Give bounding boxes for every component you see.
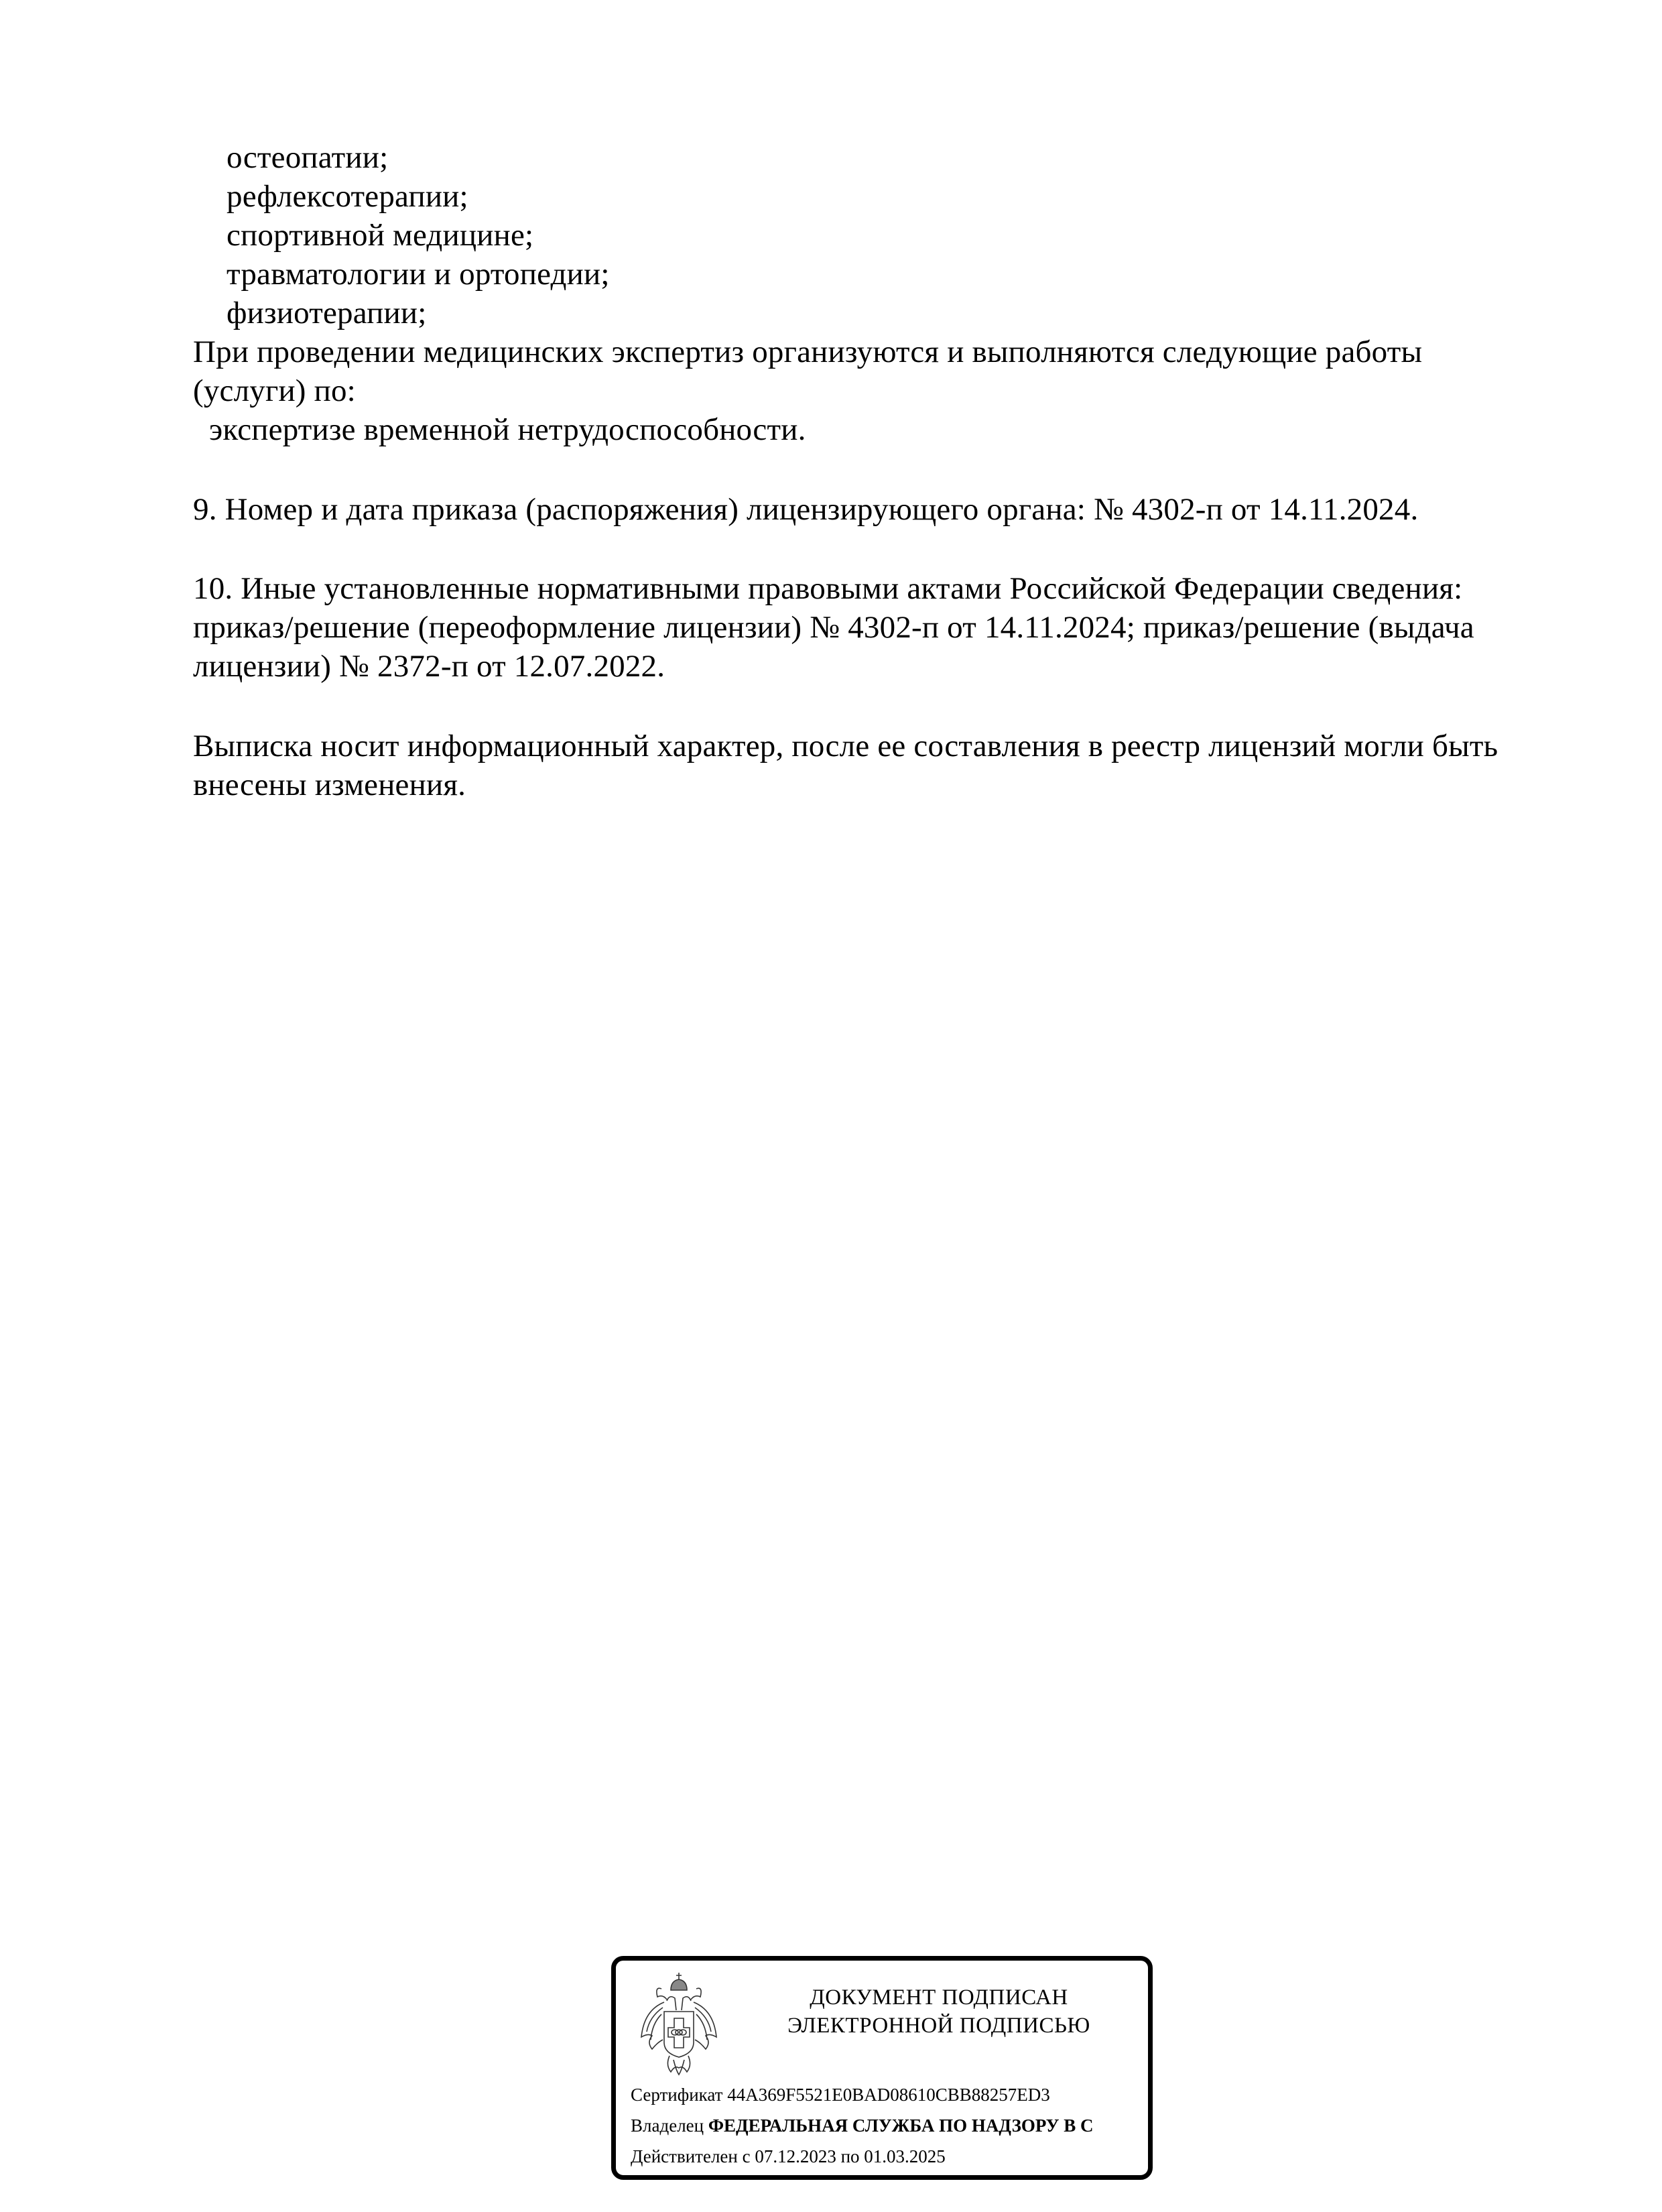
document-page: остеопатии; рефлексотерапии; спортивной … [0, 0, 1662, 2212]
list-item: рефлексотерапии; [227, 176, 468, 217]
expertise-item: экспертизе временной нетрудоспособности. [209, 410, 806, 450]
owner-line: Владелец ФЕДЕРАЛЬНАЯ СЛУЖБА ПО НАДЗОРУ В… [631, 2113, 1094, 2138]
owner-label: Владелец [631, 2115, 704, 2136]
section-10-heading: 10. Иные установленные нормативными прав… [193, 568, 1462, 609]
stamp-title: ДОКУМЕНТ ПОДПИСАН [730, 1983, 1148, 2012]
validity-line: Действителен с 07.12.2023 по 01.03.2025 [631, 2144, 946, 2168]
coat-of-arms-emblem-icon [632, 1970, 726, 2077]
section-10-text-cont: лицензии) № 2372-п от 12.07.2022. [193, 646, 665, 686]
list-item: остеопатии; [227, 137, 388, 178]
certificate-line: Сертификат 44A369F5521E0BAD08610CBB88257… [631, 2083, 1050, 2107]
list-item: травматологии и ортопедии; [227, 254, 610, 294]
section-9-order-number: 9. Номер и дата приказа (распоряжения) л… [193, 489, 1418, 530]
section-10-text: приказ/решение (переоформление лицензии)… [193, 607, 1474, 648]
list-item: спортивной медицине; [227, 215, 533, 255]
expertise-intro: При проведении медицинских экспертиз орг… [193, 332, 1422, 372]
electronic-signature-stamp: ДОКУМЕНТ ПОДПИСАН ЭЛЕКТРОННОЙ ПОДПИСЬЮ С… [611, 1956, 1153, 2180]
owner-value: ФЕДЕРАЛЬНАЯ СЛУЖБА ПО НАДЗОРУ В С [708, 2115, 1094, 2136]
list-item: физиотерапии; [227, 293, 426, 333]
disclaimer: Выписка носит информационный характер, п… [193, 726, 1498, 766]
stamp-subtitle: ЭЛЕКТРОННОЙ ПОДПИСЬЮ [730, 2012, 1148, 2040]
certificate-value: 44A369F5521E0BAD08610CBB88257ED3 [727, 2085, 1050, 2105]
disclaimer-cont: внесены изменения. [193, 765, 466, 805]
certificate-label: Сертификат [631, 2085, 722, 2105]
expertise-intro-cont: (услуги) по: [193, 371, 356, 411]
